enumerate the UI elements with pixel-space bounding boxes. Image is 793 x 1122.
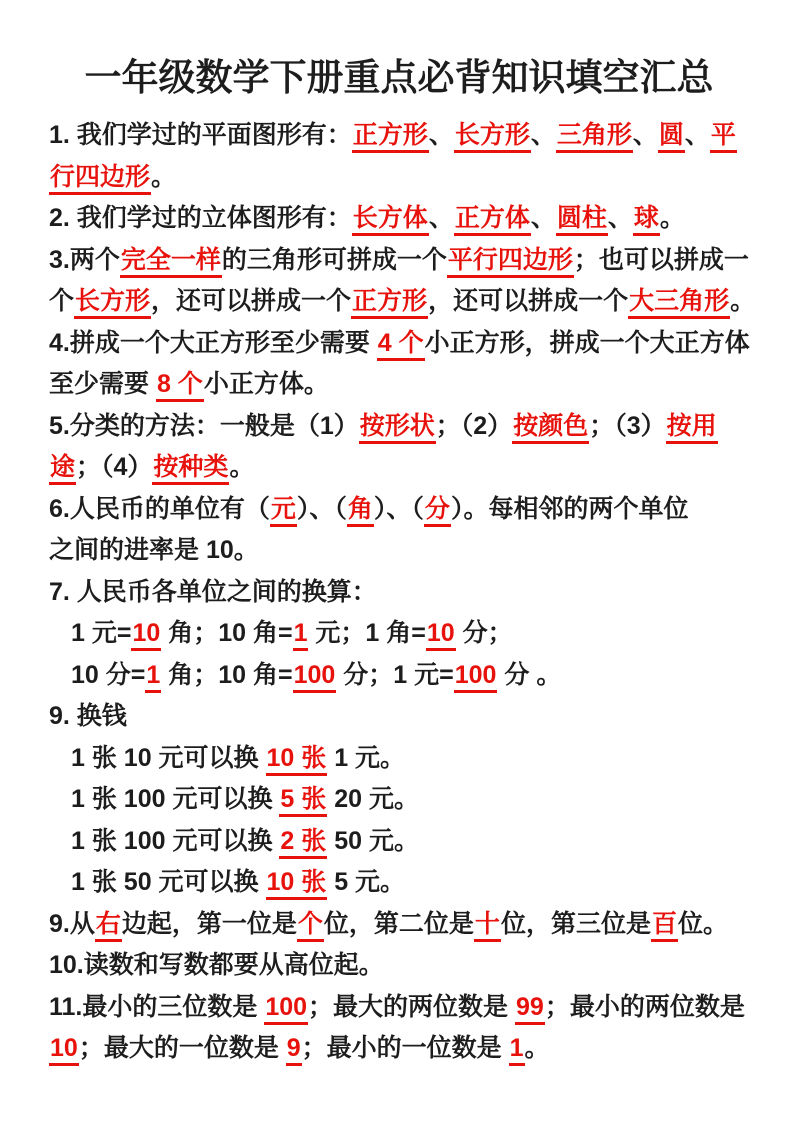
answer-text: 正方体 — [454, 204, 531, 236]
answer-text: 100 — [264, 993, 308, 1025]
answer-text: 平行四边形 — [447, 246, 574, 278]
answer-text: 个 — [297, 910, 324, 942]
answer-text: 4 个 — [377, 329, 425, 361]
answer-text: 元 — [270, 495, 297, 527]
body-text: 20 元。 — [327, 785, 419, 813]
answer-text: 10 张 — [266, 868, 328, 900]
text-line: 1 张 50 元可以换 10 张 5 元。 — [49, 862, 749, 904]
body-text: ）。每相邻的两个单位 — [451, 495, 689, 523]
body-text: 。 — [229, 453, 254, 481]
answer-text: 完全一样 — [120, 246, 222, 278]
text-line: 1 元=10 角；10 角=1 元；1 角=10 分； — [49, 613, 749, 655]
body-text: ；（3） — [589, 412, 665, 440]
answer-text: 1 — [293, 619, 309, 651]
answer-text: 正方形 — [352, 121, 429, 153]
text-line: 1 张 10 元可以换 10 张 1 元。 — [49, 738, 749, 780]
text-line: 5.分类的方法：一般是（1）按形状；（2）按颜色；（3）按用 — [49, 406, 749, 448]
answer-text: 百 — [651, 910, 678, 942]
body-text: 、 — [633, 121, 658, 149]
body-text: 、 — [429, 204, 454, 232]
text-line: 4.拼成一个大正方形至少需要 4 个小正方形，拼成一个大正方体 — [49, 323, 749, 365]
body-text: 、 — [429, 121, 454, 149]
answer-text: 按种类 — [152, 453, 229, 485]
body-text: 、 — [531, 121, 556, 149]
body-text: 3.两个 — [49, 246, 120, 274]
answer-text: 角 — [347, 495, 374, 527]
text-line: 9.从右边起，第一位是个位，第二位是十位，第三位是百位。 — [49, 904, 749, 946]
answer-text: 1 — [509, 1034, 525, 1066]
answer-text: 行四边形 — [49, 163, 151, 195]
answer-text: 三角形 — [556, 121, 633, 153]
answer-text: 100 — [454, 661, 498, 693]
text-line: 之间的进率是 10。 — [49, 530, 749, 572]
answer-text: 10 — [426, 619, 456, 651]
text-line: 2. 我们学过的立体图形有：长方体、正方体、圆柱、球。 — [49, 198, 749, 240]
body-text: 。 — [151, 163, 176, 191]
text-line: 10.读数和写数都要从高位起。 — [49, 945, 749, 987]
body-text: ，还可以拼成一个 — [151, 287, 351, 315]
body-text: 11.最小的三位数是 — [49, 993, 264, 1021]
text-line: 6.人民币的单位有（元）、（角）、（分）。每相邻的两个单位 — [49, 489, 749, 531]
body-text: 位，第三位是 — [501, 910, 651, 938]
body-text: 5.分类的方法：一般是（1） — [49, 412, 359, 440]
body-text: 元；1 角= — [308, 619, 425, 647]
body-text: 、 — [685, 121, 710, 149]
body-text: 1 张 100 元可以换 — [71, 785, 279, 813]
answer-text: 长方形 — [74, 287, 151, 319]
body-text: 9.从 — [49, 910, 95, 938]
answer-text: 按颜色 — [512, 412, 589, 444]
body-text: 、 — [608, 204, 633, 232]
answer-text: 平 — [710, 121, 737, 153]
body-text: 分 。 — [497, 661, 561, 689]
body-text: 分； — [456, 619, 513, 647]
answer-text: 右 — [95, 910, 122, 942]
body-text: 个 — [49, 287, 74, 315]
body-text: ；也可以拼成一 — [574, 246, 749, 274]
body-text: ）、（ — [374, 495, 424, 523]
body-text: 10 分= — [71, 661, 145, 689]
text-line: 1 张 100 元可以换 2 张 50 元。 — [49, 821, 749, 863]
answer-text: 100 — [293, 661, 337, 693]
body-text: ；最大的两位数是 — [308, 993, 515, 1021]
worksheet-page: 一年级数学下册重点必背知识填空汇总 1. 我们学过的平面图形有：正方形、长方形、… — [0, 0, 793, 1122]
answer-text: 10 张 — [266, 744, 328, 776]
body-text: 分；1 元= — [336, 661, 453, 689]
text-line: 行四边形。 — [49, 157, 749, 199]
text-line: 7. 人民币各单位之间的换算： — [49, 572, 749, 614]
answer-text: 2 张 — [279, 827, 327, 859]
answer-text: 99 — [515, 993, 545, 1025]
answer-text: 正方形 — [351, 287, 428, 319]
body-text: ；最小的一位数是 — [302, 1034, 509, 1062]
text-line: 途；（4）按种类。 — [49, 447, 749, 489]
body-text: 边起，第一位是 — [122, 910, 297, 938]
body-text: 4.拼成一个大正方形至少需要 — [49, 329, 377, 357]
body-text: 。 — [660, 204, 685, 232]
answer-text: 5 张 — [279, 785, 327, 817]
body-text: 10.读数和写数都要从高位起。 — [49, 951, 384, 979]
body-text: 小正方体。 — [204, 370, 329, 398]
text-line: 11.最小的三位数是 100；最大的两位数是 99；最小的两位数是 — [49, 987, 749, 1029]
body-text: 至少需要 — [49, 370, 156, 398]
answer-text: 10 — [131, 619, 161, 651]
answer-text: 8 个 — [156, 370, 204, 402]
body-text: 1 张 100 元可以换 — [71, 827, 279, 855]
body-text: 。 — [730, 287, 755, 315]
answer-text: 途 — [49, 453, 76, 485]
answer-text: 9 — [286, 1034, 302, 1066]
answer-text: 球 — [633, 204, 660, 236]
body-text: 9. 换钱 — [49, 702, 127, 730]
body-text: 7. 人民币各单位之间的换算： — [49, 578, 377, 606]
body-text: 6.人民币的单位有（ — [49, 495, 270, 523]
body-text: 1. 我们学过的平面图形有： — [49, 121, 352, 149]
body-text: 1 元。 — [327, 744, 405, 772]
body-text: 5 元。 — [327, 868, 405, 896]
body-text: 位，第二位是 — [324, 910, 474, 938]
text-line: 1. 我们学过的平面图形有：正方形、长方形、三角形、圆、平 — [49, 115, 749, 157]
body-text: ）、（ — [297, 495, 347, 523]
body-text: 、 — [531, 204, 556, 232]
answer-text: 长方形 — [454, 121, 531, 153]
text-line: 至少需要 8 个小正方体。 — [49, 364, 749, 406]
body-text: 1 张 50 元可以换 — [71, 868, 266, 896]
document-lines: 1. 我们学过的平面图形有：正方形、长方形、三角形、圆、平行四边形。2. 我们学… — [49, 115, 749, 1070]
answer-text: 圆柱 — [556, 204, 608, 236]
answer-text: 十 — [474, 910, 501, 942]
answer-text: 圆 — [658, 121, 685, 153]
body-text: ，还可以拼成一个 — [428, 287, 628, 315]
body-text: 角；10 角= — [161, 619, 292, 647]
body-text: 的三角形可拼成一个 — [222, 246, 447, 274]
answer-text: 大三角形 — [628, 287, 730, 319]
text-line: 9. 换钱 — [49, 696, 749, 738]
body-text: 1 张 10 元可以换 — [71, 744, 266, 772]
text-line: 10；最大的一位数是 9；最小的一位数是 1。 — [49, 1028, 749, 1070]
answer-text: 按形状 — [359, 412, 436, 444]
body-text: 位。 — [678, 910, 728, 938]
body-text: ；（2） — [436, 412, 512, 440]
text-line: 个长方形，还可以拼成一个正方形，还可以拼成一个大三角形。 — [49, 281, 749, 323]
body-text: 之间的进率是 10。 — [49, 536, 259, 564]
text-line: 3.两个完全一样的三角形可拼成一个平行四边形；也可以拼成一 — [49, 240, 749, 282]
answer-text: 10 — [49, 1034, 79, 1066]
page-title: 一年级数学下册重点必背知识填空汇总 — [49, 54, 749, 102]
body-text: 小正方形，拼成一个大正方体 — [425, 329, 750, 357]
answer-text: 按用 — [666, 412, 718, 444]
body-text: 角；10 角= — [161, 661, 292, 689]
text-line: 1 张 100 元可以换 5 张 20 元。 — [49, 779, 749, 821]
answer-text: 长方体 — [352, 204, 429, 236]
body-text: 50 元。 — [327, 827, 419, 855]
body-text: 2. 我们学过的立体图形有： — [49, 204, 352, 232]
body-text: ；（4） — [76, 453, 152, 481]
answer-text: 分 — [424, 495, 451, 527]
body-text: ；最大的一位数是 — [79, 1034, 286, 1062]
body-text: ；最小的两位数是 — [545, 993, 745, 1021]
text-line: 10 分=1 角；10 角=100 分；1 元=100 分 。 — [49, 655, 749, 697]
body-text: 。 — [525, 1034, 550, 1062]
body-text: 1 元= — [71, 619, 131, 647]
answer-text: 1 — [145, 661, 161, 693]
